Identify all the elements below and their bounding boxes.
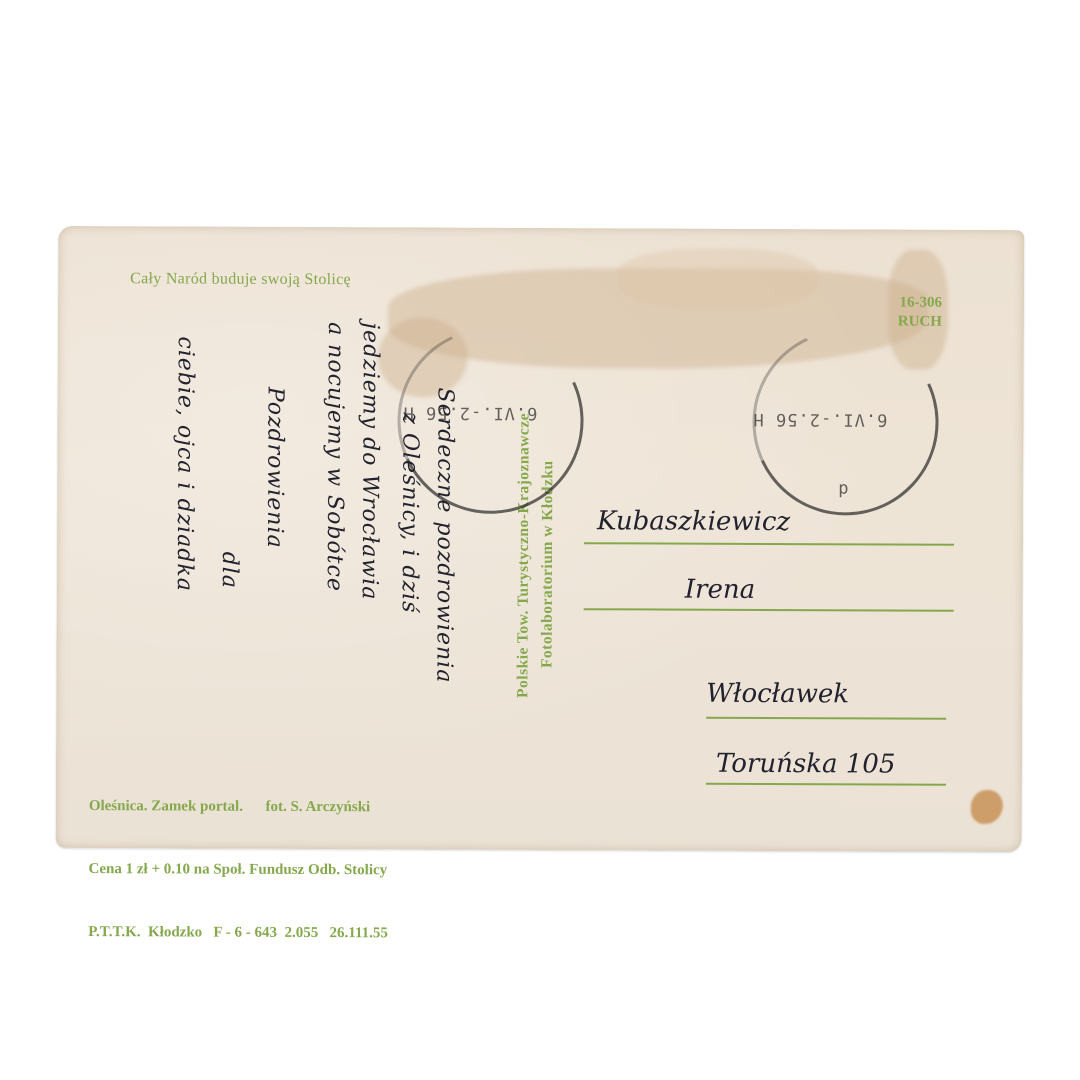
rust-spot [971,790,1003,824]
message-line: Serdeczne pozdrowienia [431,388,457,684]
message-line: dla [217,552,242,589]
message-line: jedziemy do Wrocławia [357,322,383,600]
postmark-left-text: 6.VI.-2.56 H [403,402,538,423]
address-rule [584,542,954,546]
postmark-right-text: 6.VI.-2.56 H [752,409,887,430]
address-street: Toruńska 105 [716,749,896,780]
address-rule [584,608,954,612]
caption-line-1: Oleśnica. Zamek portal. fot. S. Arczyńsk… [89,796,389,818]
postmark-right-letter: d [837,479,848,499]
address-first-name: Irena [685,575,755,605]
postcard: Cały Naród buduje swoją Stolicę 16-306 R… [56,226,1025,852]
printed-caption: Oleśnica. Zamek portal. fot. S. Arczyńsk… [88,754,389,986]
address-surname: Kubaszkiewicz [597,506,790,537]
message-line: a nocujemy w Sobótce [322,322,348,592]
message-line: z Oleśnicy, i dziś [397,412,423,613]
message-line: Pozdrowienia [262,387,288,549]
caption-line-3: P.T.T.K. Kłodzko F - 6 - 643 2.055 26.11… [88,922,388,944]
publisher-name: RUCH [898,313,942,332]
printed-slogan: Cały Naród buduje swoją Stolicę [130,270,351,289]
address-city: Włocławek [706,679,849,710]
message-line: ciebie, ojca i dziadka [172,336,198,591]
publisher-code: 16-306 [898,294,942,313]
publisher-block: 16-306 RUCH [898,294,942,332]
address-rule [706,717,946,720]
paper-damage-stain [618,248,818,309]
caption-line-2: Cena 1 zł + 0.10 na Społ. Fundusz Odb. S… [89,859,389,881]
address-rule [706,783,946,786]
